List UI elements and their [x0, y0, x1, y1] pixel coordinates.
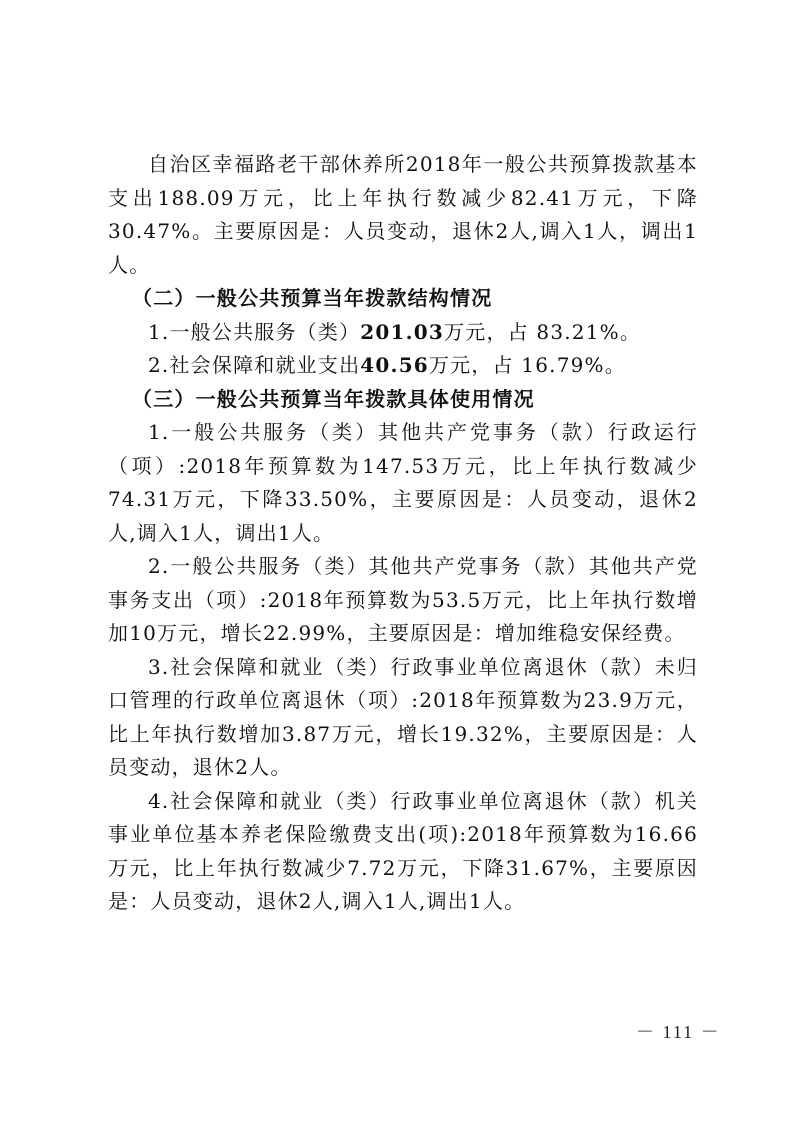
usage-item-3: 3.社会保障和就业（类）行政事业单位离退休（款）未归口管理的行政单位离退休（项）… [108, 651, 698, 785]
usage-item-2: 2.一般公共服务（类）其他共产党事务（款）其他共产党事务支出（项）:2018年预… [108, 550, 698, 651]
intro-paragraph: 自治区幸福路老干部休养所2018年一般公共预算拨款基本支出188.09万元，比上… [108, 148, 698, 282]
structure-item-1: 1.一般公共服务（类）201.03万元，占 83.21%。 [108, 316, 698, 350]
usage-item-4: 4.社会保障和就业（类）行政事业单位离退休（款）机关事业单位基本养老保险缴费支出… [108, 785, 698, 919]
structure-item-1-amount: 201.03 [360, 320, 444, 344]
usage-item-1: 1.一般公共服务（类）其他共产党事务（款）行政运行（项）:2018年预算数为14… [108, 416, 698, 550]
structure-item-1-prefix: 1.一般公共服务（类） [148, 320, 360, 344]
structure-item-2-suffix: 万元，占 16.79%。 [429, 353, 626, 377]
page-number: － 111 － [636, 1018, 721, 1044]
structure-item-1-suffix: 万元，占 83.21%。 [444, 320, 641, 344]
section-heading-structure: （二）一般公共预算当年拨款结构情况 [108, 282, 698, 316]
structure-item-2-amount: 40.56 [360, 353, 429, 377]
structure-item-2-prefix: 2.社会保障和就业支出 [148, 353, 360, 377]
section-heading-usage: （三）一般公共预算当年拨款具体使用情况 [108, 383, 698, 417]
document-page: 自治区幸福路老干部休养所2018年一般公共预算拨款基本支出188.09万元，比上… [108, 148, 698, 919]
structure-item-2: 2.社会保障和就业支出40.56万元，占 16.79%。 [108, 349, 698, 383]
